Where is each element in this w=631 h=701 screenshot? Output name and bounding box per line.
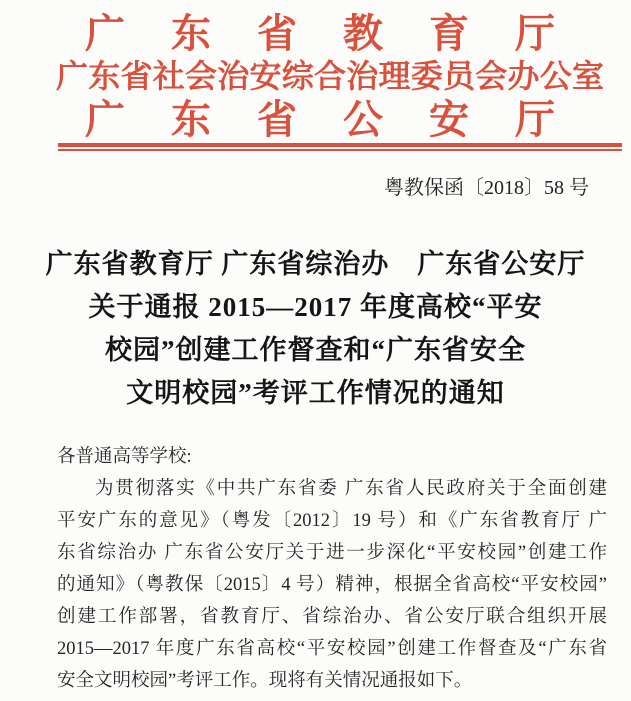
body-line: 东省综治办 广东省公安厅关于进一步深化“平安校园”创建工作 <box>57 537 607 569</box>
title-line-3: 校园”创建工作督查和“广东省安全 <box>20 329 611 372</box>
body-line: 平安广东的意见》（粤发〔2012〕19 号）和《广东省教育厅 广 <box>57 505 607 537</box>
body-line: 安全文明校园”考评工作。现将有关情况通报如下。 <box>57 665 607 697</box>
double-rule <box>58 143 622 151</box>
document-title: 广东省教育厅 广东省综治办 广东省公安厅 关于通报 2015—2017 年度高校… <box>20 243 611 415</box>
body-line: 创建工作部署，省教育厅、省综治办、省公安厅联合组织开展 <box>57 601 607 633</box>
letterhead-org-public-security: 广东省公安厅 <box>85 98 605 141</box>
body-line: 2015—2017 年度广东省高校“平安校园”创建工作督查及“广东省 <box>57 633 607 665</box>
body-line: 为贯彻落实《中共广东省委 广东省人民政府关于全面创建 <box>57 473 607 505</box>
body-paragraph: 为贯彻落实《中共广东省委 广东省人民政府关于全面创建平安广东的意见》（粤发〔20… <box>57 473 607 697</box>
document-number: 粤教保函〔2018〕58 号 <box>0 175 631 201</box>
letterhead-org-education: 广东省教育厅 <box>85 12 605 55</box>
document-page: 广东省教育厅 广东省社会治安综合治理委员会办公室 广东省公安厅 粤教保函〔201… <box>0 0 631 701</box>
letterhead: 广东省教育厅 广东省社会治安综合治理委员会办公室 广东省公安厅 <box>0 0 631 141</box>
body-line: 的通知》（粤教保〔2015〕4 号）精神，根据全省高校“平安校园” <box>57 569 607 601</box>
letterhead-org-comprehensive-governance: 广东省社会治安综合治理委员会办公室 <box>56 55 604 98</box>
title-line-1: 广东省教育厅 广东省综治办 广东省公安厅 <box>20 243 611 286</box>
title-line-4: 文明校园”考评工作情况的通知 <box>20 372 611 415</box>
rule-bottom-line <box>58 149 622 151</box>
salutation: 各普通高等学校: <box>57 441 607 473</box>
title-line-2: 关于通报 2015—2017 年度高校“平安 <box>20 286 611 329</box>
document-body: 各普通高等学校: 为贯彻落实《中共广东省委 广东省人民政府关于全面创建平安广东的… <box>57 441 607 697</box>
